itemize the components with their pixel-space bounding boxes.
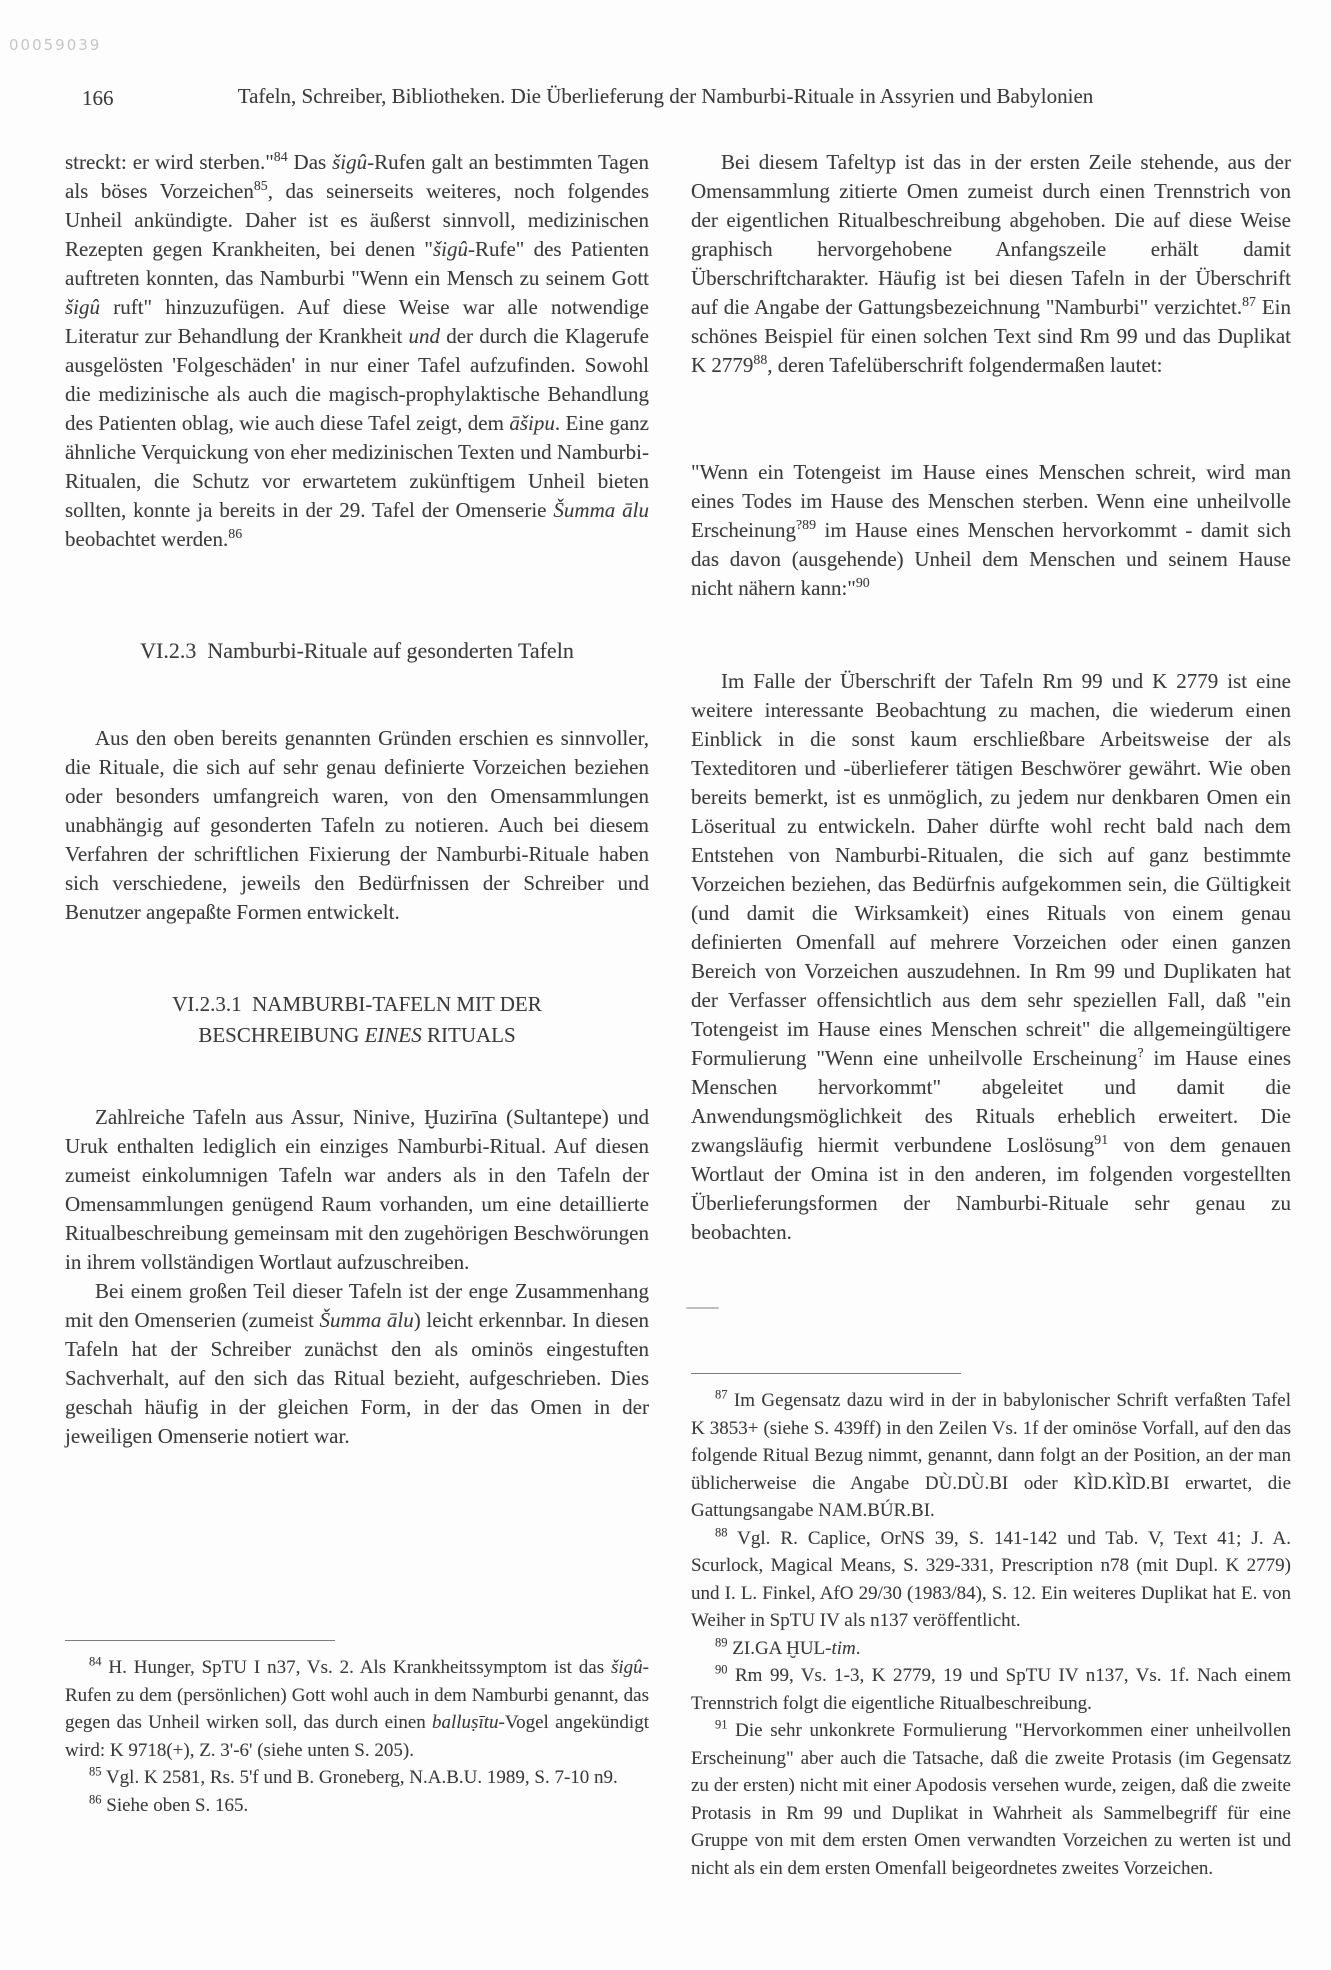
quote-block: "Wenn ein Totengeist im Hause eines Mens… bbox=[691, 458, 1291, 603]
scanned-book-page: { "page": { "watermark": "00059039", "he… bbox=[0, 0, 1331, 1970]
scan-artifact-dash bbox=[686, 1307, 719, 1309]
paragraph: Im Falle der Überschrift der Tafeln Rm 9… bbox=[691, 667, 1291, 1247]
footnote-87: 87 Im Gegensatz dazu wird in der in baby… bbox=[691, 1387, 1291, 1525]
footnote-91: 91 Die sehr unkonkrete Formulierung "Her… bbox=[691, 1717, 1291, 1882]
scan-watermark: 00059039 bbox=[9, 36, 101, 54]
footnote-90: 90 Rm 99, Vs. 1-3, K 2779, 19 und SpTU I… bbox=[691, 1662, 1291, 1717]
paragraph: Bei einem großen Teil dieser Tafeln ist … bbox=[65, 1277, 649, 1451]
section-heading: VI.2.3 Namburbi-Rituale auf gesonderten … bbox=[65, 636, 649, 666]
paragraph: Bei diesem Tafeltyp ist das in der erste… bbox=[691, 148, 1291, 380]
footnote-84: 84 H. Hunger, SpTU I n37, Vs. 2. Als Kra… bbox=[65, 1654, 649, 1764]
left-column: streckt: er wird sterben."84 Das šigû-Ru… bbox=[65, 148, 649, 1908]
subsection-heading-line-2: BESCHREIBUNG EINES RITUALS bbox=[198, 1023, 515, 1047]
paragraph: Aus den oben bereits genannten Gründen e… bbox=[65, 724, 649, 927]
paragraph: Zahlreiche Tafeln aus Assur, Ninive, Ḫuz… bbox=[65, 1103, 649, 1277]
footnote-block-right: 87 Im Gegensatz dazu wird in der in baby… bbox=[691, 1373, 1291, 1882]
footnote-separator bbox=[691, 1373, 961, 1374]
subsection-heading-line-1: VI.2.3.1 NAMBURBI-TAFELN MIT DER bbox=[172, 992, 542, 1016]
running-title: Tafeln, Schreiber, Bibliotheken. Die Übe… bbox=[0, 84, 1331, 109]
right-column: Bei diesem Tafeltyp ist das in der erste… bbox=[691, 148, 1291, 1938]
footnote-88: 88 Vgl. R. Caplice, OrNS 39, S. 141-142 … bbox=[691, 1525, 1291, 1635]
footnote-86: 86 Siehe oben S. 165. bbox=[65, 1792, 649, 1820]
paragraph: streckt: er wird sterben."84 Das šigû-Ru… bbox=[65, 148, 649, 554]
subsection-heading: VI.2.3.1 NAMBURBI-TAFELN MIT DERBESCHREI… bbox=[65, 989, 649, 1051]
footnote-block-left: 84 H. Hunger, SpTU I n37, Vs. 2. Als Kra… bbox=[65, 1640, 649, 1819]
footnote-separator bbox=[65, 1640, 335, 1641]
footnote-85: 85 Vgl. K 2581, Rs. 5'f und B. Groneberg… bbox=[65, 1764, 649, 1792]
footnote-89: 89 ZI.GA ḪUL-tim. bbox=[691, 1635, 1291, 1663]
